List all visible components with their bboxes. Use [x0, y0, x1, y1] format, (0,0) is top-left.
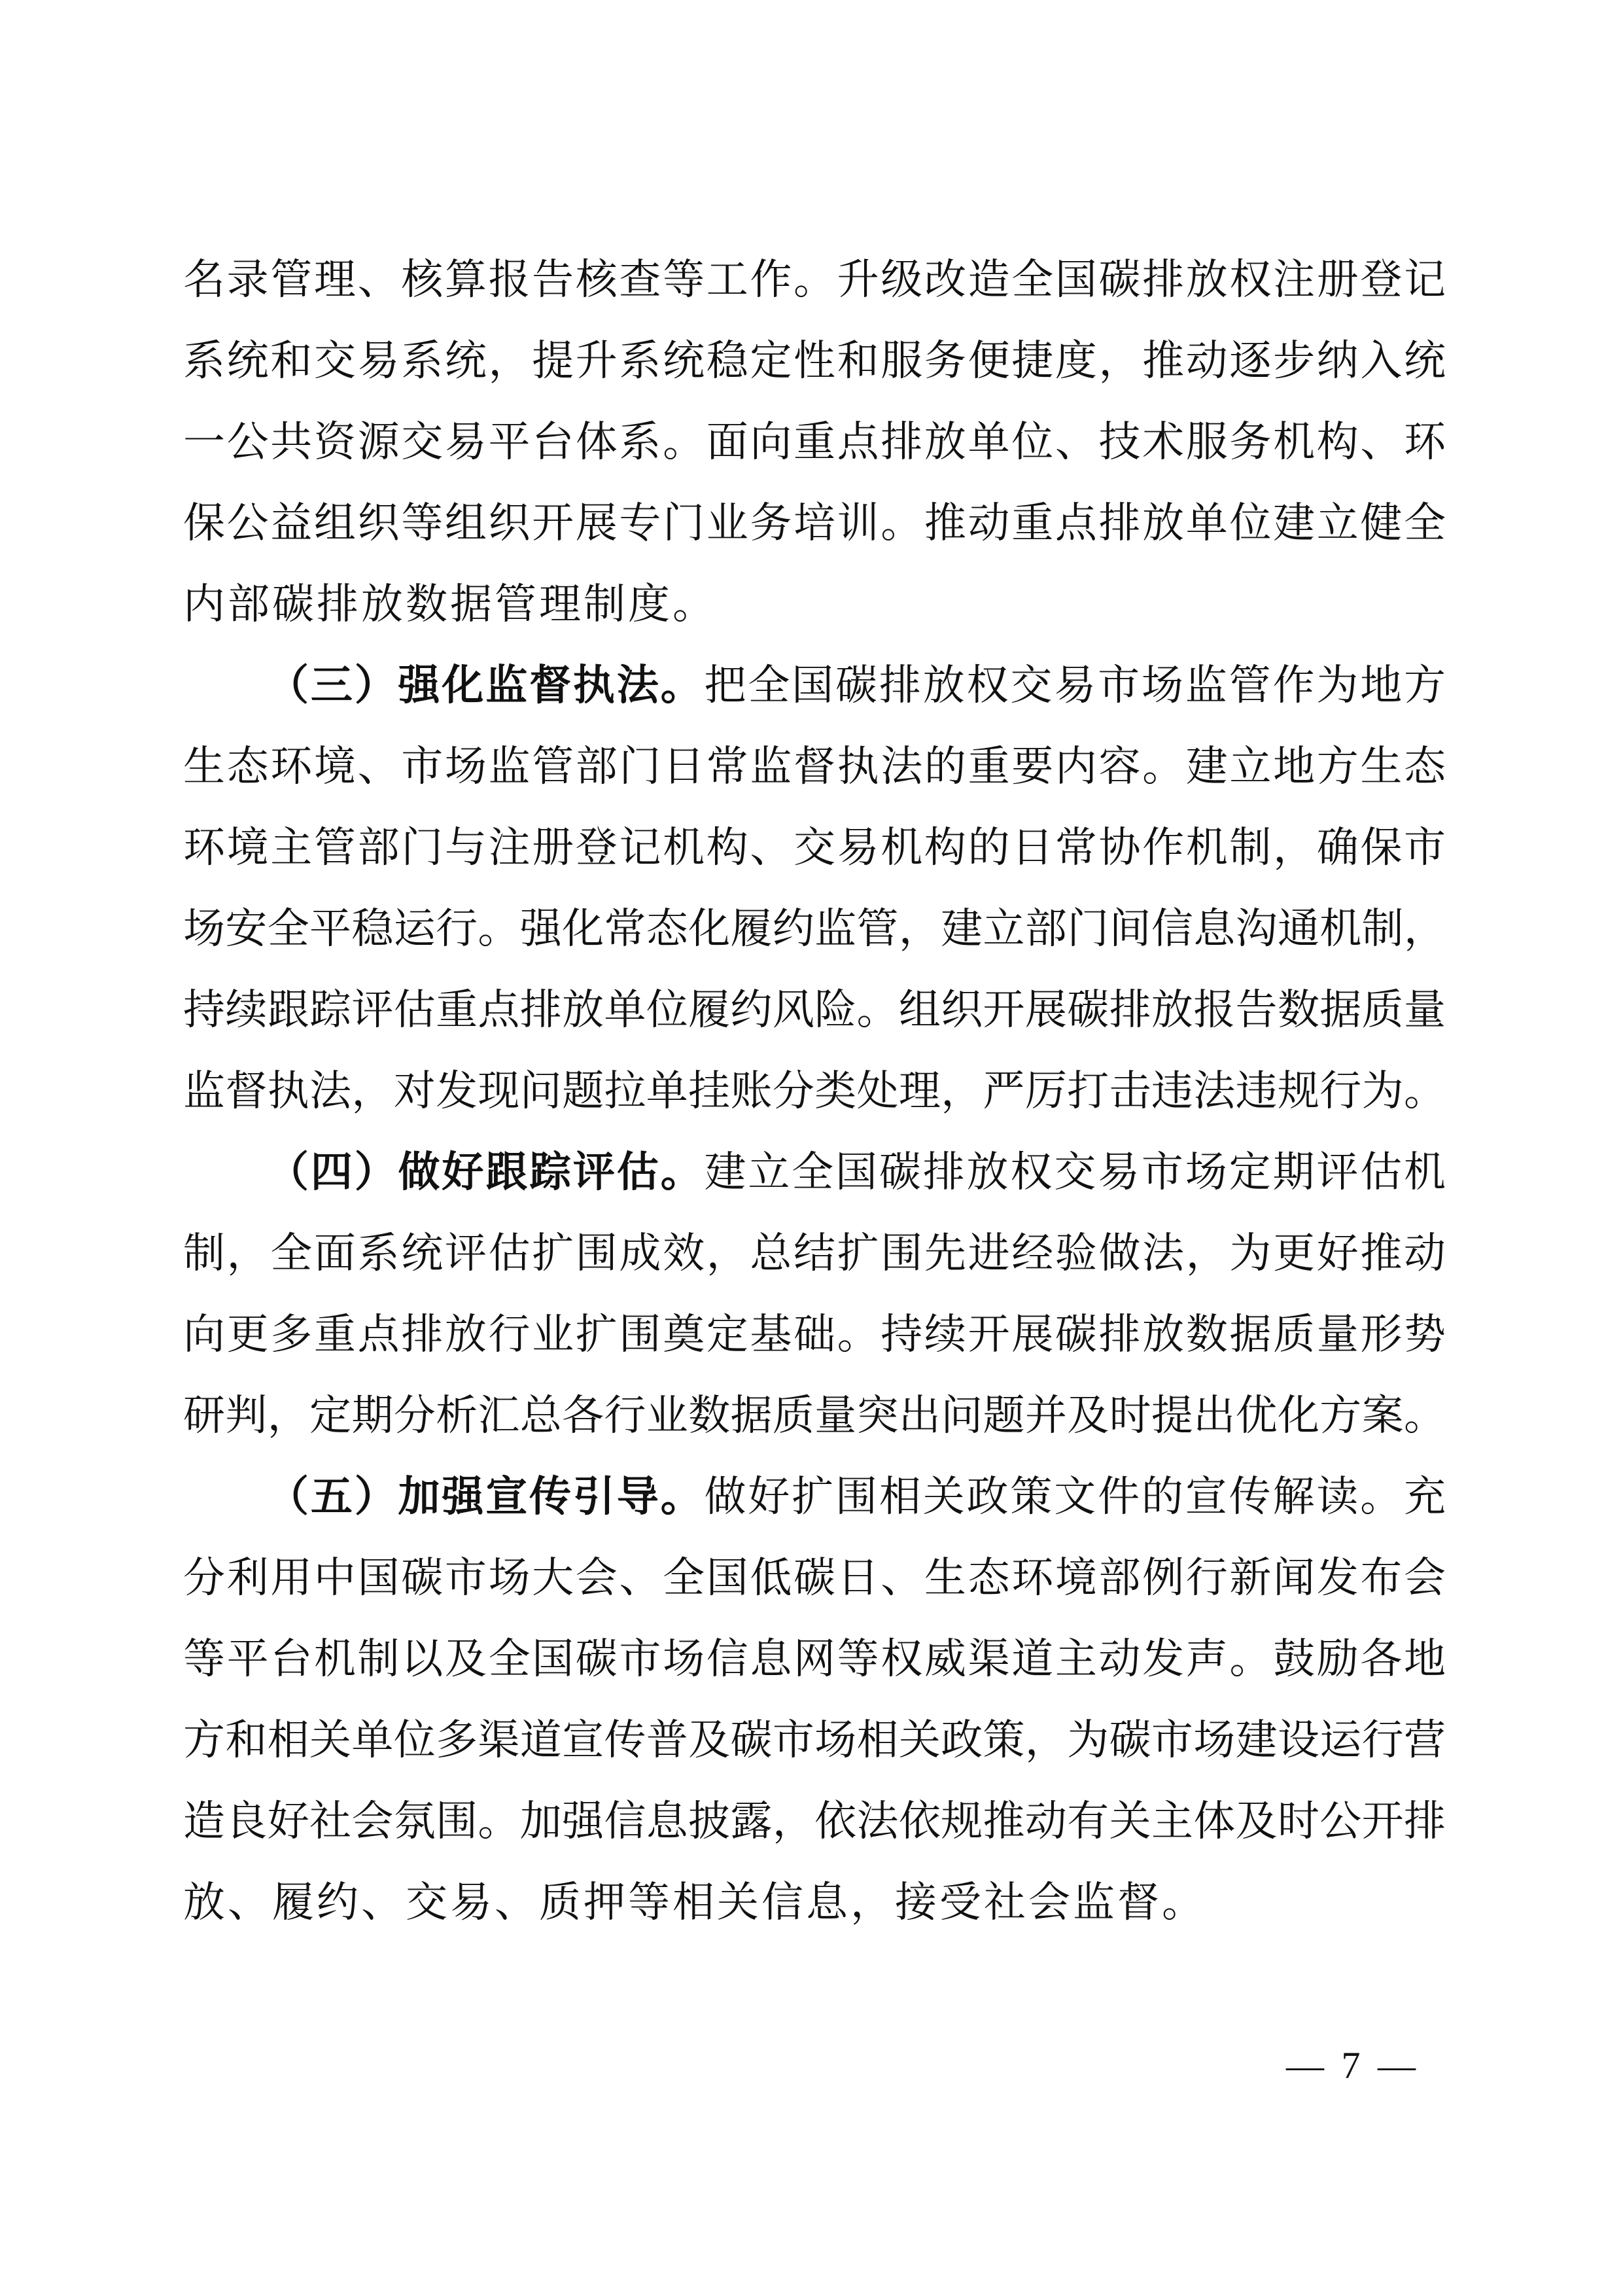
- body-text: 一公共资源交易平台体系。面向重点排放单位、技术服务机构、环: [183, 419, 1446, 465]
- body-text: 方和相关单位多渠道宣传普及碳市场相关政策，为碳市场建设运行营: [183, 1717, 1446, 1763]
- text-line: 造良好社会氛围。加强信息披露，依法依规推动有关主体及时公开排: [183, 1781, 1446, 1862]
- text-line: 向更多重点排放行业扩围奠定基础。持续开展碳排放数据质量形势: [183, 1294, 1446, 1375]
- section-heading: （五）加强宣传引导。: [267, 1474, 704, 1520]
- text-line: 内部碳排放数据管理制度。: [183, 564, 1446, 645]
- text-line: 环境主管部门与注册登记机构、交易机构的日常协作机制，确保市: [183, 807, 1446, 889]
- text-line: 保公益组织等组织开展专门业务培训。推动重点排放单位建立健全: [183, 483, 1446, 564]
- body-text: 生态环境、市场监管部门日常监督执法的重要内容。建立地方生态: [183, 743, 1446, 790]
- body-text: 环境主管部门与注册登记机构、交易机构的日常协作机制，确保市: [183, 824, 1446, 871]
- body-text: 保公益组织等组织开展专门业务培训。推动重点排放单位建立健全: [183, 500, 1446, 546]
- document-body: 名录管理、核算报告核查等工作。升级改造全国碳排放权注册登记系统和交易系统，提升系…: [183, 239, 1446, 1943]
- body-text: 等平台机制以及全国碳市场信息网等权威渠道主动发声。鼓励各地: [183, 1636, 1446, 1682]
- body-text: 建立全国碳排放权交易市场定期评估机: [704, 1149, 1446, 1195]
- page-number: — 7 —: [1286, 2025, 1420, 2106]
- body-text: 制，全面系统评估扩围成效，总结扩围先进经验做法，为更好推动: [183, 1230, 1446, 1277]
- body-text: 持续跟踪评估重点排放单位履约风险。组织开展碳排放报告数据质量: [183, 987, 1446, 1033]
- text-line: 一公共资源交易平台体系。面向重点排放单位、技术服务机构、环: [183, 402, 1446, 483]
- body-text: 做好扩围相关政策文件的宣传解读。充: [704, 1474, 1446, 1520]
- text-line: 研判，定期分析汇总各行业数据质量突出问题并及时提出优化方案。: [183, 1375, 1446, 1457]
- section-heading: （三）强化监督执法。: [267, 662, 704, 709]
- text-line: 监督执法，对发现问题拉单挂账分类处理，严厉打击违法违规行为。: [183, 1051, 1446, 1132]
- text-line: （五）加强宣传引导。做好扩围相关政策文件的宣传解读。充: [183, 1457, 1446, 1538]
- text-line: 持续跟踪评估重点排放单位履约风险。组织开展碳排放报告数据质量: [183, 970, 1446, 1051]
- body-text: 场安全平稳运行。强化常态化履约监管，建立部门间信息沟通机制，: [183, 906, 1446, 952]
- body-text: 放、履约、交易、质押等相关信息，接受社会监督。: [183, 1879, 1206, 1926]
- text-line: （四）做好跟踪评估。建立全国碳排放权交易市场定期评估机: [183, 1132, 1446, 1213]
- body-text: 内部碳排放数据管理制度。: [183, 581, 717, 627]
- body-text: 研判，定期分析汇总各行业数据质量突出问题并及时提出优化方案。: [183, 1392, 1446, 1439]
- text-line: 放、履约、交易、质押等相关信息，接受社会监督。: [183, 1862, 1446, 1943]
- text-line: 场安全平稳运行。强化常态化履约监管，建立部门间信息沟通机制，: [183, 889, 1446, 970]
- text-line: 生态环境、市场监管部门日常监督执法的重要内容。建立地方生态: [183, 726, 1446, 807]
- document-page: 名录管理、核算报告核查等工作。升级改造全国碳排放权注册登记系统和交易系统，提升系…: [0, 0, 1623, 2296]
- text-line: （三）强化监督执法。把全国碳排放权交易市场监管作为地方: [183, 645, 1446, 726]
- body-text: 分利用中国碳市场大会、全国低碳日、生态环境部例行新闻发布会: [183, 1555, 1446, 1601]
- body-text: 名录管理、核算报告核查等工作。升级改造全国碳排放权注册登记: [183, 256, 1446, 303]
- text-line: 制，全面系统评估扩围成效，总结扩围先进经验做法，为更好推动: [183, 1213, 1446, 1294]
- body-text: 监督执法，对发现问题拉单挂账分类处理，严厉打击违法违规行为。: [183, 1068, 1446, 1114]
- body-text: 造良好社会氛围。加强信息披露，依法依规推动有关主体及时公开排: [183, 1798, 1446, 1845]
- body-text: 系统和交易系统，提升系统稳定性和服务便捷度，推动逐步纳入统: [183, 338, 1446, 384]
- body-text: 把全国碳排放权交易市场监管作为地方: [704, 662, 1446, 709]
- text-line: 系统和交易系统，提升系统稳定性和服务便捷度，推动逐步纳入统: [183, 321, 1446, 402]
- text-line: 分利用中国碳市场大会、全国低碳日、生态环境部例行新闻发布会: [183, 1538, 1446, 1619]
- text-line: 名录管理、核算报告核查等工作。升级改造全国碳排放权注册登记: [183, 239, 1446, 321]
- text-line: 等平台机制以及全国碳市场信息网等权威渠道主动发声。鼓励各地: [183, 1619, 1446, 1700]
- body-text: 向更多重点排放行业扩围奠定基础。持续开展碳排放数据质量形势: [183, 1311, 1446, 1358]
- text-line: 方和相关单位多渠道宣传普及碳市场相关政策，为碳市场建设运行营: [183, 1700, 1446, 1781]
- section-heading: （四）做好跟踪评估。: [267, 1149, 704, 1195]
